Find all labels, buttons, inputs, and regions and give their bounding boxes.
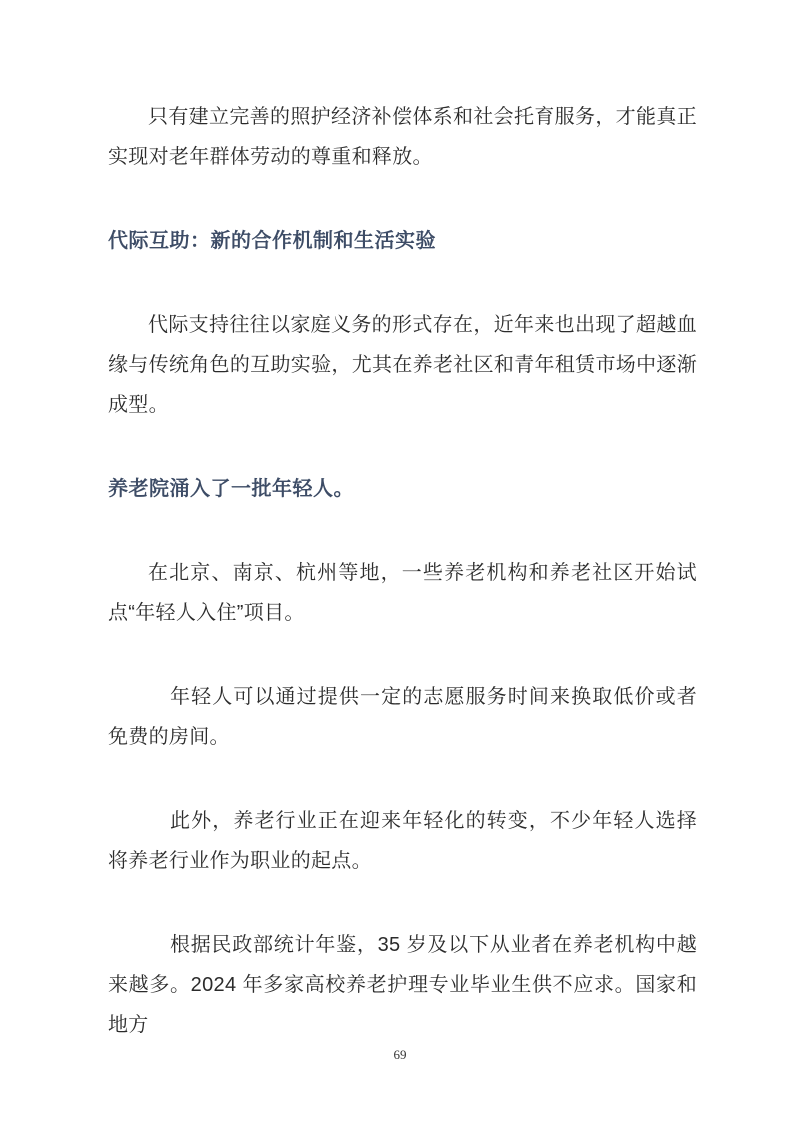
- paragraph: 年轻人可以通过提供一定的志愿服务时间来换取低价或者免费的房间。: [108, 677, 697, 757]
- paragraph: 代际支持往往以家庭义务的形式存在，近年来也出现了超越血缘与传统角色的互助实验，尤…: [108, 305, 697, 425]
- paragraph: 根据民政部统计年鉴，35 岁及以下从业者在养老机构中越来越多。2024 年多家高…: [108, 925, 697, 1045]
- document-page: 只有建立完善的照护经济补偿体系和社会托育服务，才能真正实现对老年群体劳动的尊重和…: [0, 0, 800, 1131]
- document-body: 只有建立完善的照护经济补偿体系和社会托育服务，才能真正实现对老年群体劳动的尊重和…: [108, 97, 697, 1089]
- page-number: 69: [0, 1046, 800, 1064]
- paragraph: 在北京、南京、杭州等地，一些养老机构和养老社区开始试点“年轻人入住”项目。: [108, 553, 697, 633]
- paragraph: 只有建立完善的照护经济补偿体系和社会托育服务，才能真正实现对老年群体劳动的尊重和…: [108, 97, 697, 177]
- section-heading: 代际互助：新的合作机制和生活实验: [108, 221, 697, 261]
- paragraph: 此外，养老行业正在迎来年轻化的转变，不少年轻人选择将养老行业作为职业的起点。: [108, 801, 697, 881]
- subsection-heading: 养老院涌入了一批年轻人。: [108, 469, 697, 509]
